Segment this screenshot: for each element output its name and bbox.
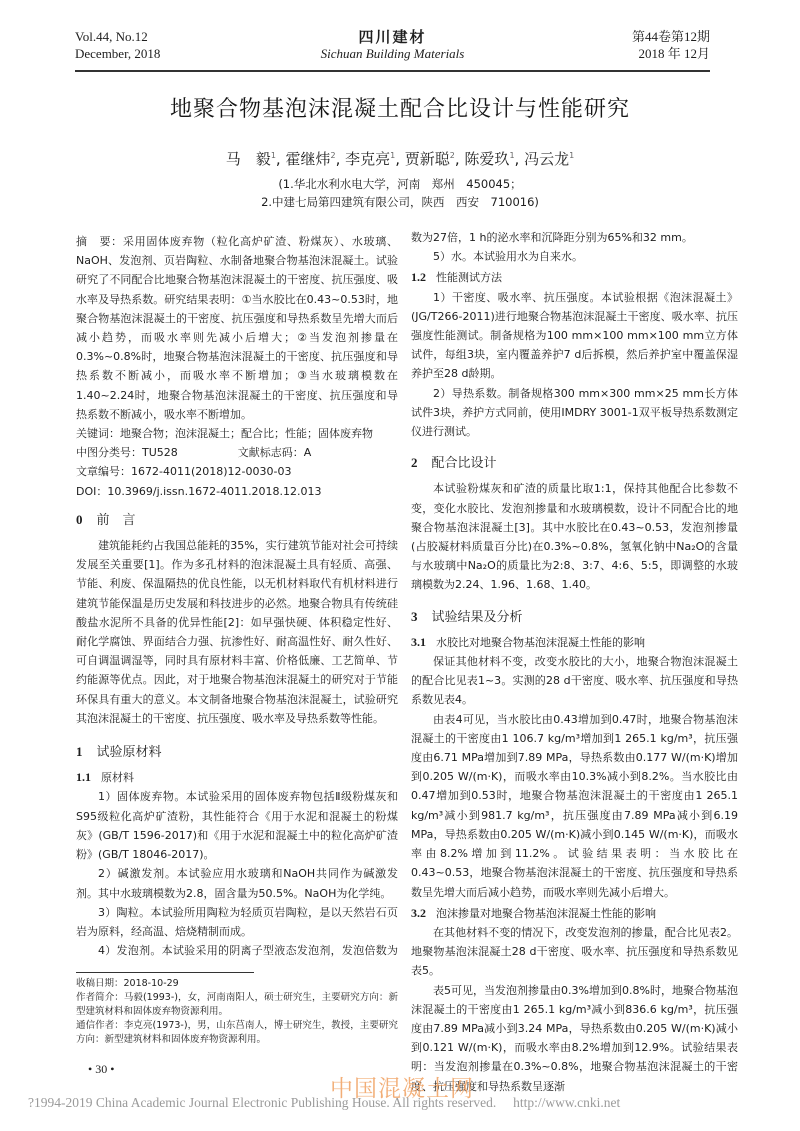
paragraph: 由表4可见，当水胶比由0.43增加到0.47时，地聚合物基泡沫混凝土的干密度由1…: [411, 710, 738, 902]
author: 李克亮1: [345, 150, 395, 168]
section-heading-2: 2配合比设计: [411, 453, 738, 473]
paragraph: 2）导热系数。制备规格300 mm×300 mm×25 mm长方体试件3块，养护…: [411, 384, 738, 442]
paragraph: 2）碱激发剂。本试验应用水玻璃和NaOH共同作为碱激发剂。其中水玻璃模数为2.8…: [76, 864, 398, 902]
author: 霍继炜2: [285, 150, 335, 168]
running-header: Vol.44, No.12 December, 2018 四川建材 Sichua…: [75, 28, 710, 72]
document-code: A: [304, 446, 312, 459]
author: 陈爱玖1: [464, 150, 514, 168]
clc-number: TU528: [142, 446, 178, 459]
paragraph: 4）发泡剂。本试验采用的阴离子型液态发泡剂，发泡倍数为27倍，1 h的泌水率和沉…: [76, 941, 398, 960]
section-heading-0: 0前 言: [76, 510, 398, 530]
abstract: 摘 要：采用固体废弃物（粒化高炉矿渣、粉煤灰）、水玻璃、NaOH、发泡剂、页岩陶…: [76, 232, 398, 424]
paper-title: 地聚合物基泡沫混凝土配合比设计与性能研究: [0, 92, 800, 123]
paragraph-continued: 数为27倍，1 h的泌水率和沉降距分别为65%和32 mm。: [411, 228, 738, 247]
paragraph: 1）干密度、吸水率、抗压强度。本试验根据《泡沫混凝土》(JG/T266-2011…: [411, 288, 738, 384]
subsection-heading-1-1: 1.1原材料: [76, 768, 398, 787]
paragraph: 在其他材料不变的情况下，改变发泡剂的掺量，配合比见表2。地聚物基泡沫混凝土28 …: [411, 923, 738, 981]
section-heading-1: 1试验原材料: [76, 742, 398, 762]
paragraph: 保证其他材料不变，改变水胶比的大小，地聚合物泡沫混凝土的配合比见表1~3。实测的…: [411, 652, 738, 710]
right-column: 数为27倍，1 h的泌水率和沉降距分别为65%和32 mm。 5）水。本试验用水…: [411, 228, 738, 1096]
page-number: • 30 •: [88, 1062, 114, 1077]
subsection-heading-3-1: 3.1水胶比对地聚合物基泡沫混凝土性能的影响: [411, 633, 738, 652]
paragraph: 建筑能耗约占我国总能耗的35%，实行建筑节能对社会可持续发展至关重要[1]。作为…: [76, 536, 398, 728]
paragraph: 本试验粉煤灰和矿渣的质量比取1:1，保持其他配合比参数不变，变化水胶比、发泡剂掺…: [411, 479, 738, 594]
abstract-label: 摘 要：: [76, 235, 123, 248]
footnote-received: 收稿日期：2018-10-29: [76, 977, 398, 991]
journal-name-en: Sichuan Building Materials: [75, 46, 710, 62]
author: 冯云龙1: [524, 150, 574, 168]
subsection-heading-3-2: 3.2泡沫掺量对地聚合物基泡沫混凝土性能的影响: [411, 904, 738, 923]
author: 贾新聪2: [405, 150, 455, 168]
article-number: 文章编号：1672-4011(2018)12-0030-03: [76, 462, 398, 481]
affiliation-1: (1.华北水利水电大学，河南 郑州 450045；: [0, 176, 800, 192]
date-cn: 2018 年 12月: [632, 45, 710, 62]
classification: 中图分类号：TU528文献标志码：A: [76, 443, 398, 462]
affiliation-2: 2.中建七局第四建筑有限公司，陕西 西安 710016): [0, 194, 800, 210]
section-heading-3: 3试验结果及分析: [411, 607, 738, 627]
copyright-notice: ?1994-2019 China Academic Journal Electr…: [28, 1091, 620, 1111]
abstract-text: 采用固体废弃物（粒化高炉矿渣、粉煤灰）、水玻璃、NaOH、发泡剂、页岩陶粒、水制…: [76, 235, 398, 421]
volume-issue-cn: 第44卷第12期: [632, 28, 710, 45]
author: 马 毅1: [226, 150, 276, 168]
keywords: 关键词：地聚合物；泡沫混凝土；配合比；性能；固体废弃物: [76, 424, 398, 443]
author-list: 马 毅1, 霍继炜2, 李克亮1, 贾新聪2, 陈爱玖1, 冯云龙1: [0, 148, 800, 169]
footnote-author-bio: 作者简介：马毅(1993-)，女，河南南阳人，硕士研究生，主要研究方向：新型建筑…: [76, 991, 398, 1019]
journal-masthead: 四川建材 Sichuan Building Materials: [75, 28, 710, 62]
paragraph: 1）固体废弃物。本试验采用的固体废弃物包括Ⅱ级粉煤灰和S95级粒化高炉矿渣粉，其…: [76, 787, 398, 864]
footnote-corresponding-author: 通信作者：李克亮(1973-)，男，山东莒南人，博士研究生，教授，主要研究方向：…: [76, 1019, 398, 1047]
doi: DOI：10.3969/j.issn.1672-4011.2018.12.013: [76, 482, 398, 501]
footnote-divider: [76, 972, 254, 973]
left-column: 摘 要：采用固体废弃物（粒化高炉矿渣、粉煤灰）、水玻璃、NaOH、发泡剂、页岩陶…: [76, 232, 398, 1047]
journal-logo: 四川建材: [75, 28, 710, 46]
paragraph: 3）陶粒。本试验所用陶粒为轻质页岩陶粒，是以天然岩石页岩为原料，经高温、焙烧精制…: [76, 903, 398, 941]
paragraph: 5）水。本试验用水为自来水。: [411, 247, 738, 266]
subsection-heading-1-2: 1.2性能测试方法: [411, 268, 738, 287]
header-volume-cn: 第44卷第12期 2018 年 12月: [632, 28, 710, 62]
